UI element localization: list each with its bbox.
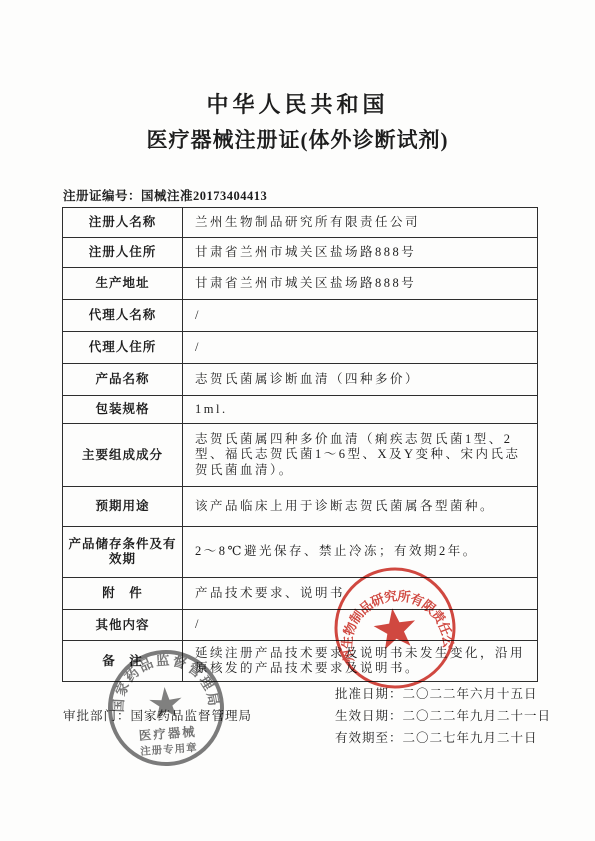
- row-value: 甘肃省兰州市城关区盐场路888号: [183, 268, 538, 300]
- approval-department-label: 审批部门：: [63, 709, 131, 723]
- certificate-table: 注册人名称 兰州生物制品研究所有限责任公司 注册人住所 甘肃省兰州市城关区盐场路…: [62, 207, 538, 682]
- registration-number-label: 注册证编号：: [63, 189, 141, 203]
- table-row: 主要组成成分 志贺氏菌属四种多价血清（痢疾志贺氏菌1型、2型、福氏志贺氏菌1～6…: [63, 424, 538, 487]
- table-row: 包装规格 1ml.: [63, 396, 538, 424]
- row-label: 包装规格: [63, 396, 183, 424]
- row-value: 1ml.: [183, 396, 538, 424]
- table-row: 代理人名称 /: [63, 300, 538, 332]
- row-value: /: [183, 332, 538, 364]
- row-value: 志贺氏菌属诊断血清（四种多价）: [183, 364, 538, 396]
- row-label: 主要组成成分: [63, 424, 183, 487]
- row-label: 产品名称: [63, 364, 183, 396]
- approve-date-line: 批准日期：二〇二二年六月十五日: [335, 684, 538, 702]
- expiry-date-value: 二〇二七年九月二十日: [403, 731, 538, 745]
- row-value: 兰州生物制品研究所有限责任公司: [183, 208, 538, 238]
- row-value: 2～8℃避光保存、禁止冷冻；有效期2年。: [183, 527, 538, 578]
- authority-seal-line1: 医疗器械: [138, 724, 197, 743]
- approval-department-value: 国家药品监督管理局: [131, 709, 253, 723]
- approve-date-value: 二〇二二年六月十五日: [403, 687, 538, 701]
- row-label: 注册人名称: [63, 208, 183, 238]
- authority-seal-line2: 注册专用章: [140, 741, 198, 758]
- approve-date-label: 批准日期：: [335, 687, 403, 701]
- table-row: 预期用途 该产品临床上用于诊断志贺氏菌属各型菌种。: [63, 487, 538, 527]
- row-value: 该产品临床上用于诊断志贺氏菌属各型菌种。: [183, 487, 538, 527]
- table-row: 产品储存条件及有效期 2～8℃避光保存、禁止冷冻；有效期2年。: [63, 527, 538, 578]
- document-title-type: 医疗器械注册证(体外诊断试剂): [0, 124, 595, 154]
- effective-date-value: 二〇二二年九月二十一日: [403, 709, 552, 723]
- table-row: 注册人名称 兰州生物制品研究所有限责任公司: [63, 208, 538, 238]
- table-row: 注册人住所 甘肃省兰州市城关区盐场路888号: [63, 238, 538, 268]
- effective-date-line: 生效日期：二〇二二年九月二十一日: [335, 706, 551, 724]
- table-row: 生产地址 甘肃省兰州市城关区盐场路888号: [63, 268, 538, 300]
- table-row: 其他内容 /: [63, 610, 538, 641]
- expiry-date-line: 有效期至：二〇二七年九月二十日: [335, 728, 538, 746]
- row-label: 注册人住所: [63, 238, 183, 268]
- row-label: 其他内容: [63, 610, 183, 641]
- row-value: 甘肃省兰州市城关区盐场路888号: [183, 238, 538, 268]
- row-label: 代理人名称: [63, 300, 183, 332]
- row-label: 产品储存条件及有效期: [63, 527, 183, 578]
- table-row: 代理人住所 /: [63, 332, 538, 364]
- registration-number-value: 国械注准20173404413: [141, 189, 267, 203]
- certificate-page: 中华人民共和国 医疗器械注册证(体外诊断试剂) 注册证编号：国械注准201734…: [0, 0, 595, 841]
- row-label: 代理人住所: [63, 332, 183, 364]
- approval-department-line: 审批部门：国家药品监督管理局: [63, 706, 252, 724]
- row-value: /: [183, 610, 538, 641]
- row-label: 预期用途: [63, 487, 183, 527]
- document-title-country: 中华人民共和国: [0, 88, 595, 119]
- table-row: 备 注 延续注册产品技术要求及说明书未发生变化，沿用原核发的产品技术要求及说明书…: [63, 641, 538, 682]
- row-value: 志贺氏菌属四种多价血清（痢疾志贺氏菌1型、2型、福氏志贺氏菌1～6型、X及Y变种…: [183, 424, 538, 487]
- row-value: 延续注册产品技术要求及说明书未发生变化，沿用原核发的产品技术要求及说明书。: [183, 641, 538, 682]
- row-value: /: [183, 300, 538, 332]
- row-value: 产品技术要求、说明书: [183, 578, 538, 610]
- registration-number-line: 注册证编号：国械注准20173404413: [63, 186, 267, 204]
- row-label: 附 件: [63, 578, 183, 610]
- expiry-date-label: 有效期至：: [335, 731, 403, 745]
- effective-date-label: 生效日期：: [335, 709, 403, 723]
- row-label: 生产地址: [63, 268, 183, 300]
- table-row: 产品名称 志贺氏菌属诊断血清（四种多价）: [63, 364, 538, 396]
- table-row: 附 件 产品技术要求、说明书: [63, 578, 538, 610]
- row-label: 备 注: [63, 641, 183, 682]
